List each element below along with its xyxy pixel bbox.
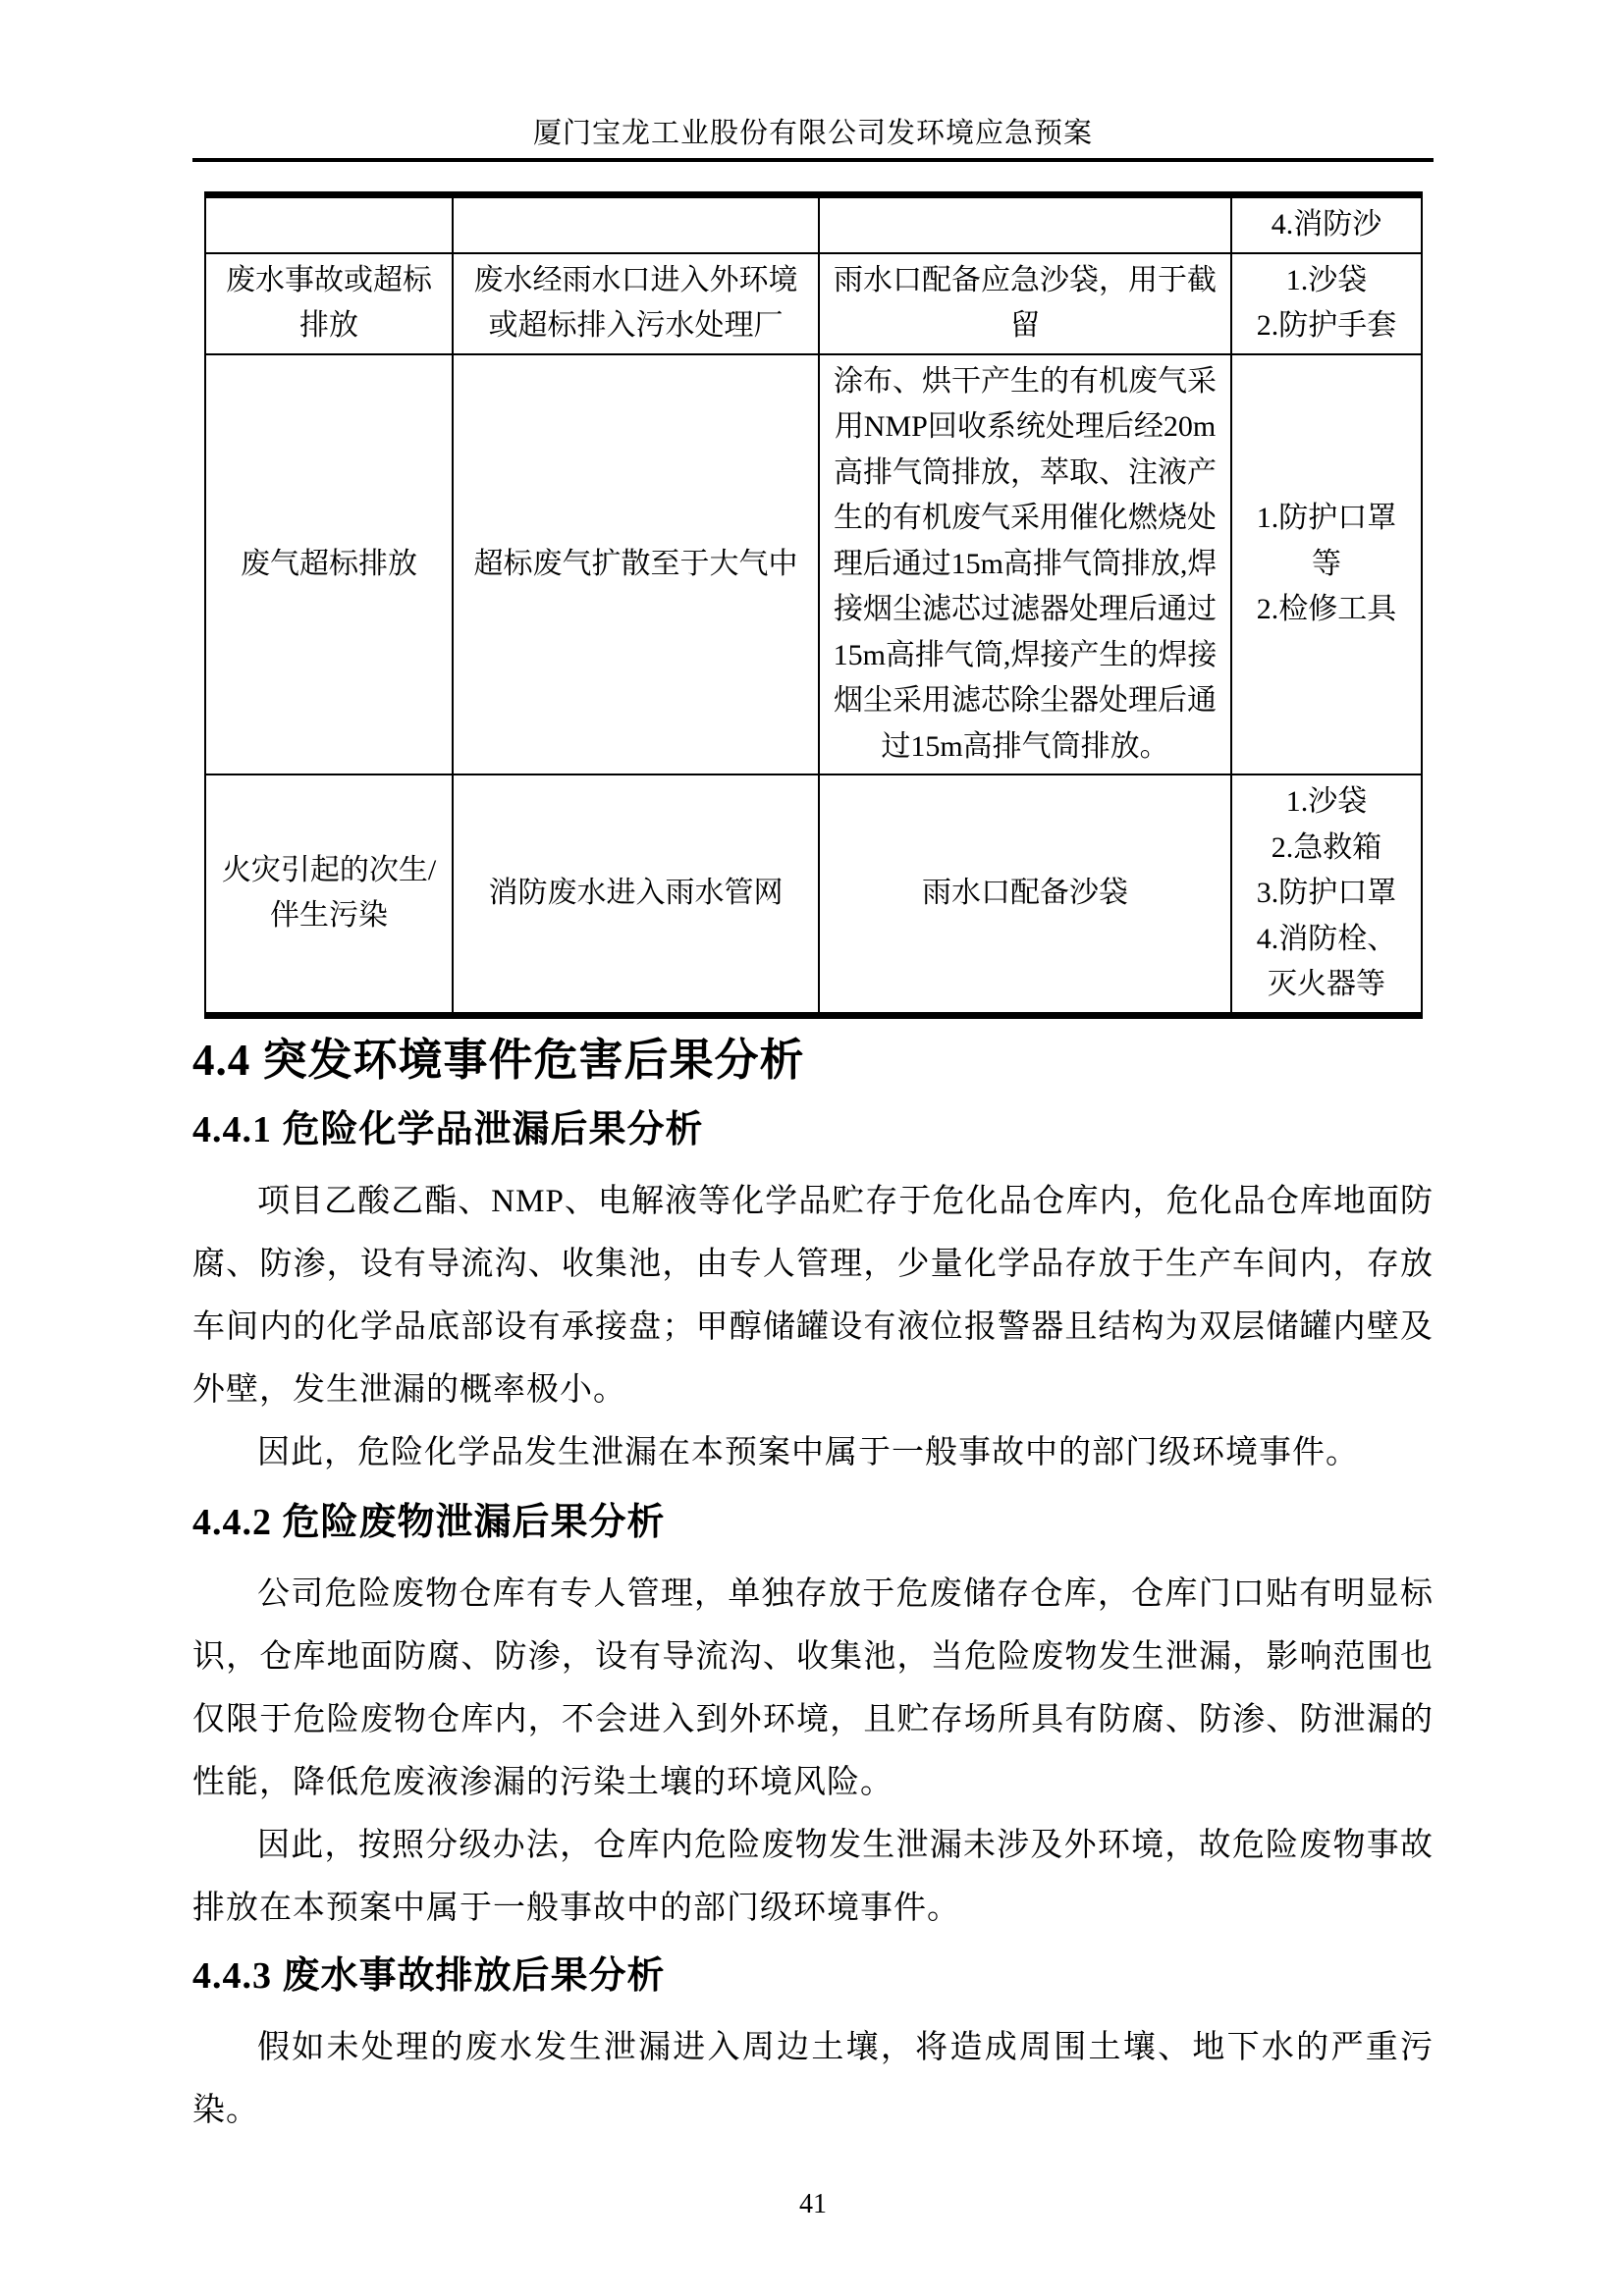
page-header: 厦门宝龙工业股份有限公司发环境应急预案: [192, 114, 1434, 162]
paragraph: 因此，按照分级办法，仓库内危险废物发生泄漏未涉及外环境，故危险废物事故排放在本预…: [192, 1814, 1434, 1940]
cell-measures: 涂布、烘干产生的有机废气采用NMP回收系统处理后经20m高排气筒排放，萃取、注液…: [819, 354, 1231, 775]
section-4-4-2: 4.4.2 危险废物泄漏后果分析 公司危险废物仓库有专人管理，单独存放于危废储存…: [192, 1498, 1434, 1940]
section-4-4-3: 4.4.3 废水事故排放后果分析 假如未处理的废水发生泄漏进入周边土壤，将造成周…: [192, 1951, 1434, 2142]
header-title: 厦门宝龙工业股份有限公司发环境应急预案: [192, 114, 1434, 153]
section-heading-4-4-3: 4.4.3 废水事故排放后果分析: [192, 1951, 1434, 2001]
paragraph: 项目乙酸乙酯、NMP、电解液等化学品贮存于危化品仓库内，危化品仓库地面防腐、防渗…: [192, 1170, 1434, 1421]
cell-incident-type: 火灾引起的次生/ 伴生污染: [205, 774, 453, 1015]
cell-incident-type: [205, 195, 453, 253]
cell-pathway: 超标废气扩散至于大气中: [453, 354, 819, 775]
section-heading-4-4: 4.4 突发环境事件危害后果分析: [192, 1031, 1434, 1090]
cell-measures: 雨水口配备沙袋: [819, 774, 1231, 1015]
cell-measures: [819, 195, 1231, 253]
table-row-wastewater: 废水事故或超标 排放 废水经雨水口进入外环境 或超标排入污水处理厂 雨水口配备应…: [205, 253, 1422, 354]
table-row-continued: 4.消防沙: [205, 195, 1422, 253]
header-rule: [192, 158, 1434, 162]
cell-incident-type: 废水事故或超标 排放: [205, 253, 453, 354]
cell-pathway: 废水经雨水口进入外环境 或超标排入污水处理厂: [453, 253, 819, 354]
cell-equipment: 1.防护口罩等 2.检修工具: [1231, 354, 1422, 775]
section-heading-4-4-2: 4.4.2 危险废物泄漏后果分析: [192, 1498, 1434, 1547]
page-number: 41: [192, 2185, 1434, 2224]
section-heading-4-4-1: 4.4.1 危险化学品泄漏后果分析: [192, 1105, 1434, 1154]
cell-measures: 雨水口配备应急沙袋，用于截留: [819, 253, 1231, 354]
table-row-waste-gas: 废气超标排放 超标废气扩散至于大气中 涂布、烘干产生的有机废气采用NMP回收系统…: [205, 354, 1422, 775]
section-4-4-1: 4.4.1 危险化学品泄漏后果分析 项目乙酸乙酯、NMP、电解液等化学品贮存于危…: [192, 1105, 1434, 1484]
emergency-measures-table: 4.消防沙 废水事故或超标 排放 废水经雨水口进入外环境 或超标排入污水处理厂 …: [204, 191, 1423, 1019]
paragraph: 因此，危险化学品发生泄漏在本预案中属于一般事故中的部门级环境事件。: [192, 1421, 1434, 1484]
cell-equipment: 1.沙袋 2.防护手套: [1231, 253, 1422, 354]
cell-equipment: 1.沙袋 2.急救箱 3.防护口罩 4.消防栓、灭火器等: [1231, 774, 1422, 1015]
section-4-4: 4.4 突发环境事件危害后果分析: [192, 1031, 1434, 1090]
cell-pathway: [453, 195, 819, 253]
cell-pathway: 消防废水进入雨水管网: [453, 774, 819, 1015]
paragraph: 公司危险废物仓库有专人管理，单独存放于危废储存仓库，仓库门口贴有明显标识，仓库地…: [192, 1563, 1434, 1814]
cell-incident-type: 废气超标排放: [205, 354, 453, 775]
cell-equipment: 4.消防沙: [1231, 195, 1422, 253]
document-page: 厦门宝龙工业股份有限公司发环境应急预案 4.消防沙 废水事故或超标 排放 废水经…: [0, 0, 1624, 2296]
paragraph: 假如未处理的废水发生泄漏进入周边土壤，将造成周围土壤、地下水的严重污染。: [192, 2016, 1434, 2142]
table-row-fire-secondary: 火灾引起的次生/ 伴生污染 消防废水进入雨水管网 雨水口配备沙袋 1.沙袋 2.…: [205, 774, 1422, 1015]
